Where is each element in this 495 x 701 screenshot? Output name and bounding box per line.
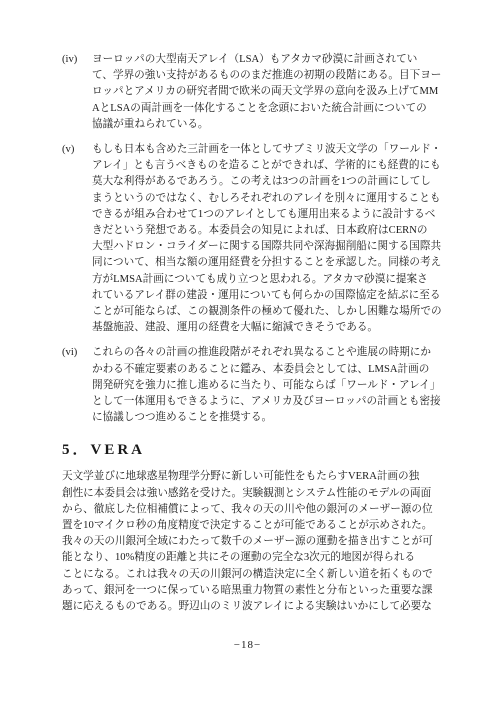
text-line: ことが可能ならば、この観測条件の極めて優れた、しかし困難な場所での <box>92 304 442 320</box>
page-content: (iv) ヨーロッパの大型南天アレイ（LSA）もアタカマ砂漠に計画されてい て、… <box>62 52 442 615</box>
text-line: 天文学並びに地球惑星物理学分野に新しい可能性をもたらすVERA計画の独 <box>62 469 442 485</box>
text-line: 創性に本委員会は強い感銘を受けた。実験観測とシステム性能のモデルの両面 <box>62 486 442 502</box>
list-marker-v: (v) <box>62 142 92 336</box>
text-line: 大型ハドロン・コライダーに関する国際共同や深海掘削船に関する国際共 <box>92 239 442 255</box>
list-item-v-text: もしも日本も含めた三計画を一体としてサブミリ波天文学の「ワールド・ アレイ」とも… <box>92 142 442 336</box>
text-line: AとLSAの両計画を一体化することを念頭においた統合計画についての <box>92 101 442 117</box>
list-item-iv-text: ヨーロッパの大型南天アレイ（LSA）もアタカマ砂漠に計画されてい て、学界の強い… <box>92 52 442 133</box>
text-line: 同について、相当な額の運用経費を分担することを承認した。同様の考え <box>92 255 442 271</box>
section-heading-vera: 5．VERA <box>62 440 442 460</box>
document-page: (iv) ヨーロッパの大型南天アレイ（LSA）もアタカマ砂漠に計画されてい て、… <box>0 0 495 701</box>
text-line: 題に応えるものである。野辺山のミリ波アレイによる実験はいかにして必要な <box>62 599 442 615</box>
text-line: 協議が重ねられている。 <box>92 117 442 133</box>
text-line: 方がLMSA計画についても成り立つと思われる。アタカマ砂漠に提案さ <box>92 272 442 288</box>
text-line: できるが組み合わせて1つのアレイとしても運用出来るように設計するべ <box>92 207 442 223</box>
list-marker-vi: (vi) <box>62 345 92 426</box>
text-line: ロッパとアメリカの研究者間で欧米の両天文学界の意向を汲み上げてMM <box>92 84 442 100</box>
text-line: て、学界の強い支持があるもののまだ推進の初期の段階にある。目下ヨー <box>92 68 442 84</box>
list-item-vi-text: これらの各々の計画の推進段階がそれぞれ異なることや進展の時期にか かわる不確定要… <box>92 345 442 426</box>
list-item-v: (v) もしも日本も含めた三計画を一体としてサブミリ波天文学の「ワールド・ アレ… <box>62 142 442 336</box>
list-marker-iv: (iv) <box>62 52 92 133</box>
text-line: アレイ」とも言うべきものを造ることができれば、学術的にも経費的にも <box>92 158 442 174</box>
text-line: まうというのではなく、むしろそれぞれのアレイを別々に運用することも <box>92 191 442 207</box>
text-line: あって、銀河を一つに保っている暗黒重力物質の素性と分布といった重要な課 <box>62 583 442 599</box>
text-line: もしも日本も含めた三計画を一体としてサブミリ波天文学の「ワールド・ <box>92 142 442 158</box>
text-line: に協議しつつ進めることを推奨する。 <box>92 410 442 426</box>
text-line: かわる不確定要素のあることに鑑み、本委員会としては、LMSA計画の <box>92 362 442 378</box>
text-line: れているアレイ群の建設・運用についても何らかの国際協定を結ぶに至る <box>92 288 442 304</box>
text-line: きだという発想である。本委員会の知見によれば、日本政府はCERNの <box>92 223 442 239</box>
text-line: ヨーロッパの大型南天アレイ（LSA）もアタカマ砂漠に計画されてい <box>92 52 442 68</box>
text-line: 莫大な利得があるであろう。この考えは3つの計画を1つの計画にしてし <box>92 174 442 190</box>
text-line: 開発研究を強力に推し進めるに当たり、可能ならば「ワールド・アレイ」 <box>92 378 442 394</box>
list-item-iv: (iv) ヨーロッパの大型南天アレイ（LSA）もアタカマ砂漠に計画されてい て、… <box>62 52 442 133</box>
text-line: これらの各々の計画の推進段階がそれぞれ異なることや進展の時期にか <box>92 345 442 361</box>
text-line: から、徹底した位相補償によって、我々の天の川や他の銀河のメーザー源の位 <box>62 502 442 518</box>
text-line: 置を10マイクロ秒の角度精度で決定することが可能であることが示めされた。 <box>62 518 442 534</box>
text-line: 能となり、10%精度の距離と共にその運動の完全な3次元的地図が得られる <box>62 550 442 566</box>
vera-paragraph: 天文学並びに地球惑星物理学分野に新しい可能性をもたらすVERA計画の独 創性に本… <box>62 469 442 615</box>
text-line: 我々の天の川銀河全域にわたって数千のメーザー源の運動を描き出すことが可 <box>62 534 442 550</box>
text-line: ことになる。これは我々の天の川銀河の構造決定に全く新しい道を拓くもので <box>62 567 442 583</box>
page-number: −18− <box>0 639 495 651</box>
list-item-vi: (vi) これらの各々の計画の推進段階がそれぞれ異なることや進展の時期にか かわ… <box>62 345 442 426</box>
text-line: 基盤施設、建設、運用の経費を大幅に縮減できそうである。 <box>92 320 442 336</box>
text-line: として一体運用もできるように、アメリカ及びヨーロッパの計画とも密接 <box>92 394 442 410</box>
